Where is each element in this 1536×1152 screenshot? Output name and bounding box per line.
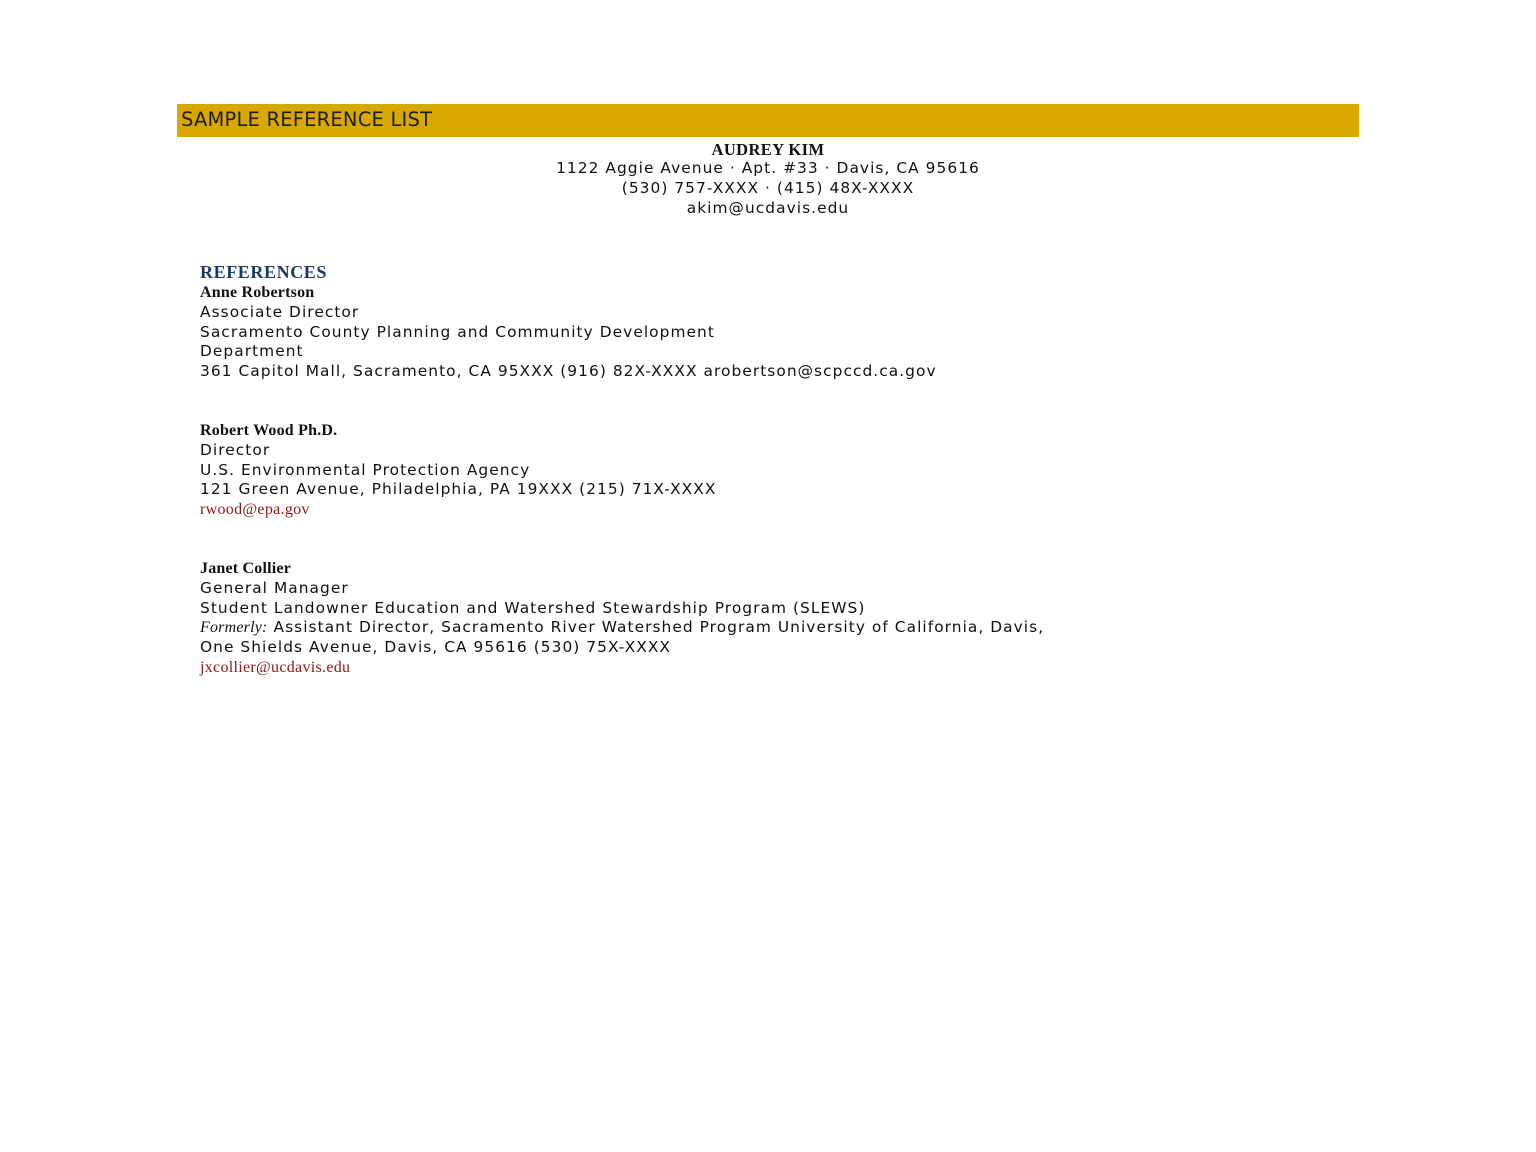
banner-title: SAMPLE REFERENCE LIST [181,104,1359,136]
reference-name: Janet Collier [200,559,1350,579]
references-heading: REFERENCES [200,261,1350,283]
reference-title: Director [200,441,1350,461]
former-prefix: Formerly: [200,619,268,636]
reference-email-link[interactable]: jxcollier@ucdavis.edu [200,658,1350,678]
reference-former-position: Formerly: Assistant Director, Sacramento… [200,618,1350,638]
reference-address: 361 Capitol Mall, Sacramento, CA 95XXX (… [200,362,1350,382]
applicant-name: AUDREY KIM [177,140,1359,159]
applicant-address: 1122 Aggie Avenue · Apt. #33 · Davis, CA… [177,159,1359,179]
reference-entry: Janet Collier General Manager Student La… [200,559,1350,678]
section-banner: SAMPLE REFERENCE LIST [177,104,1359,137]
reference-title: Associate Director [200,303,1350,323]
reference-organization: U.S. Environmental Protection Agency [200,461,1350,481]
reference-entry: Anne Robertson Associate Director Sacram… [200,283,1350,382]
former-text: Assistant Director, Sacramento River Wat… [268,618,1045,636]
reference-address: One Shields Avenue, Davis, CA 95616 (530… [200,638,1350,658]
applicant-phones: (530) 757-XXXX · (415) 48X-XXXX [177,179,1359,199]
reference-organization-continued: Department [200,342,1350,362]
reference-name: Robert Wood Ph.D. [200,421,1350,441]
references-section: REFERENCES Anne Robertson Associate Dire… [200,261,1350,678]
reference-name: Anne Robertson [200,283,1350,303]
applicant-email: akim@ucdavis.edu [177,199,1359,219]
reference-organization: Student Landowner Education and Watershe… [200,599,1350,619]
reference-entry: Robert Wood Ph.D. Director U.S. Environm… [200,421,1350,520]
reference-address: 121 Green Avenue, Philadelphia, PA 19XXX… [200,480,1350,500]
reference-email-link[interactable]: rwood@epa.gov [200,500,1350,520]
contact-header: AUDREY KIM 1122 Aggie Avenue · Apt. #33 … [177,140,1359,218]
reference-title: General Manager [200,579,1350,599]
reference-organization: Sacramento County Planning and Community… [200,323,1350,343]
